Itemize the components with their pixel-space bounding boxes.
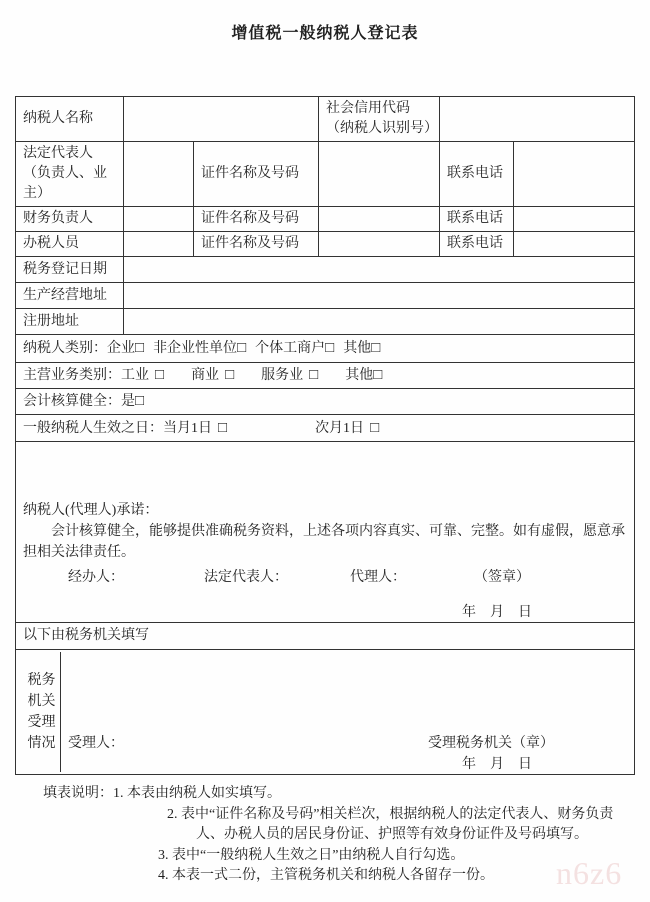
legal-rep-phone-label: 联系电话 [440, 142, 514, 207]
credit-code-label: 社会信用代码（纳税人识别号） [319, 97, 440, 142]
checkbox-icon: □ [373, 367, 382, 383]
option-enterprise: 企业□ [107, 341, 144, 356]
tax-clerk-phone-label: 联系电话 [440, 232, 514, 257]
option-commerce: 商业□ [191, 368, 234, 383]
finance-officer-value [124, 207, 194, 232]
row-accounting: 会计核算健全：是□ [16, 389, 635, 415]
credit-code-value [440, 97, 635, 142]
accepting-authority-seal-label: 受理税务机关（章） [428, 734, 554, 754]
taxpayer-category-label: 纳税人类别： [23, 341, 107, 356]
instruction-line: 2. 表中“证件名称及号码”相关栏次，根据纳税人的法定代表人、财务负责 [0, 805, 650, 826]
option-other-taxpayer: 其他□ [343, 341, 380, 356]
sign-legal-rep-label: 法定代表人： [204, 568, 288, 588]
checkbox-icon: □ [371, 340, 380, 356]
finance-officer-phone-label: 联系电话 [440, 207, 514, 232]
row-registration-date: 税务登记日期 [16, 257, 635, 283]
row-finance-officer: 财务负责人 证件名称及号码 联系电话 [16, 207, 635, 232]
authority-date-placeholder: 年 月 日 [462, 755, 532, 775]
instruction-line: 3. 表中“一般纳税人生效之日”由纳税人自行勾选。 [0, 846, 650, 867]
taxpayer-name-value [124, 97, 319, 142]
option-next-month: 次月1日□ [315, 421, 379, 436]
row-business-category: 主营业务类别：工业□商业□服务业□其他□ [16, 363, 635, 389]
row-effective-date: 一般纳税人生效之日：当月1日□次月1日□ [16, 415, 635, 442]
tax-clerk-value [124, 232, 194, 257]
authority-main-area: 受理人： 受理税务机关（章） 年 月 日 [61, 652, 627, 772]
option-other-business: 其他□ [345, 368, 382, 383]
filling-instructions: 填表说明：1. 本表由纳税人如实填写。 2. 表中“证件名称及号码”相关栏次，根… [0, 784, 650, 887]
acceptor-label: 受理人： [68, 734, 124, 754]
option-commerce-label: 商业 [191, 368, 219, 383]
commitment-heading: 纳税人(代理人)承诺： [23, 501, 627, 521]
document-page: 增值税一般纳税人登记表 纳税人名称 社会信用代码（纳税人识别号） 法定代表人（负… [0, 0, 650, 902]
instruction-line: 4. 本表一式二份，主管税务机关和纳税人各留存一份。 [0, 866, 650, 887]
legal-rep-label: 法定代表人（负责人、业主） [16, 142, 124, 207]
commitment-date-placeholder: 年 月 日 [462, 603, 532, 623]
finance-officer-label: 财务负责人 [16, 207, 124, 232]
sign-operator-label: 经办人： [68, 568, 124, 588]
row-legal-representative: 法定代表人（负责人、业主） 证件名称及号码 联系电话 [16, 142, 635, 207]
business-category-label: 主营业务类别： [23, 368, 121, 383]
checkbox-icon: □ [155, 367, 164, 383]
checkbox-icon: □ [237, 340, 246, 356]
taxpayer-name-label: 纳税人名称 [16, 97, 124, 142]
sign-seal-label: （签章） [474, 568, 530, 588]
row-authority-header: 以下由税务机关填写 [16, 623, 635, 650]
business-address-label: 生产经营地址 [16, 283, 124, 309]
accounting-label: 会计核算健全： [23, 394, 121, 409]
commitment-cell: 纳税人(代理人)承诺： 会计核算健全，能够提供准确税务资料，上述各项内容真实、可… [16, 442, 635, 623]
finance-officer-cert-label: 证件名称及号码 [194, 207, 319, 232]
checkbox-icon: □ [325, 340, 334, 356]
taxpayer-category-cell: 纳税人类别：企业□非企业性单位□个体工商户□其他□ [16, 335, 635, 363]
option-current-month: 当月1日□ [163, 421, 227, 436]
checkbox-icon: □ [135, 393, 144, 409]
option-other-business-label: 其他 [345, 368, 373, 383]
sign-agent-label: 代理人： [350, 568, 406, 588]
tax-clerk-label: 办税人员 [16, 232, 124, 257]
authority-acceptance-cell: 税务 机关 受理 情况 受理人： 受理税务机关（章） 年 月 日 [16, 650, 635, 775]
finance-officer-phone-value [514, 207, 635, 232]
authority-header-label: 以下由税务机关填写 [16, 623, 635, 650]
option-accounting-yes-label: 是 [121, 394, 135, 409]
option-other-taxpayer-label: 其他 [343, 341, 371, 356]
legal-rep-value [124, 142, 194, 207]
registration-form-table: 纳税人名称 社会信用代码（纳税人识别号） 法定代表人（负责人、业主） 证件名称及… [15, 96, 635, 775]
checkbox-icon: □ [218, 420, 227, 436]
finance-officer-cert-value [319, 207, 440, 232]
registration-date-value [124, 257, 635, 283]
tax-clerk-cert-label: 证件名称及号码 [194, 232, 319, 257]
row-taxpayer-category: 纳税人类别：企业□非企业性单位□个体工商户□其他□ [16, 335, 635, 363]
registered-address-value [124, 309, 635, 335]
row-business-address: 生产经营地址 [16, 283, 635, 309]
accounting-cell: 会计核算健全：是□ [16, 389, 635, 415]
option-enterprise-label: 企业 [107, 341, 135, 356]
option-industry-label: 工业 [121, 368, 149, 383]
legal-rep-cert-value [319, 142, 440, 207]
checkbox-icon: □ [225, 367, 234, 383]
business-category-cell: 主营业务类别：工业□商业□服务业□其他□ [16, 363, 635, 389]
page-title: 增值税一般纳税人登记表 [0, 20, 650, 43]
instruction-line: 填表说明：1. 本表由纳税人如实填写。 [0, 784, 650, 805]
option-service: 服务业□ [261, 368, 318, 383]
row-commitment: 纳税人(代理人)承诺： 会计核算健全，能够提供准确税务资料，上述各项内容真实、可… [16, 442, 635, 623]
option-industry: 工业□ [121, 368, 164, 383]
row-authority-acceptance: 税务 机关 受理 情况 受理人： 受理税务机关（章） 年 月 日 [16, 650, 635, 775]
business-address-value [124, 283, 635, 309]
checkbox-icon: □ [135, 340, 144, 356]
registered-address-label: 注册地址 [16, 309, 124, 335]
commitment-body: 会计核算健全，能够提供准确税务资料，上述各项内容真实、可靠、完整。如有虚假，愿意… [23, 521, 627, 563]
watermark: n6z6 [556, 855, 622, 892]
registration-date-label: 税务登记日期 [16, 257, 124, 283]
option-non-enterprise-unit: 非企业性单位□ [153, 341, 246, 356]
effective-date-cell: 一般纳税人生效之日：当月1日□次月1日□ [16, 415, 635, 442]
row-taxpayer-name: 纳税人名称 社会信用代码（纳税人识别号） [16, 97, 635, 142]
instruction-line: 人、办税人员的居民身份证、护照等有效身份证件及号码填写。 [0, 825, 650, 846]
checkbox-icon: □ [309, 367, 318, 383]
option-accounting-yes: 是□ [121, 394, 144, 409]
option-individual-business-label: 个体工商户 [255, 341, 325, 356]
option-current-month-label: 当月1日 [163, 421, 212, 436]
authority-acceptance-wrap: 税务 机关 受理 情况 受理人： 受理税务机关（章） 年 月 日 [23, 652, 627, 772]
option-service-label: 服务业 [261, 368, 303, 383]
option-non-enterprise-unit-label: 非企业性单位 [153, 341, 237, 356]
checkbox-icon: □ [370, 420, 379, 436]
effective-date-label: 一般纳税人生效之日： [23, 421, 163, 436]
tax-clerk-phone-value [514, 232, 635, 257]
authority-side-label: 税务 机关 受理 情况 [23, 652, 61, 772]
option-next-month-label: 次月1日 [315, 421, 364, 436]
legal-rep-phone-value [514, 142, 635, 207]
tax-clerk-cert-value [319, 232, 440, 257]
row-tax-clerk: 办税人员 证件名称及号码 联系电话 [16, 232, 635, 257]
option-individual-business: 个体工商户□ [255, 341, 334, 356]
row-registered-address: 注册地址 [16, 309, 635, 335]
legal-rep-cert-label: 证件名称及号码 [194, 142, 319, 207]
